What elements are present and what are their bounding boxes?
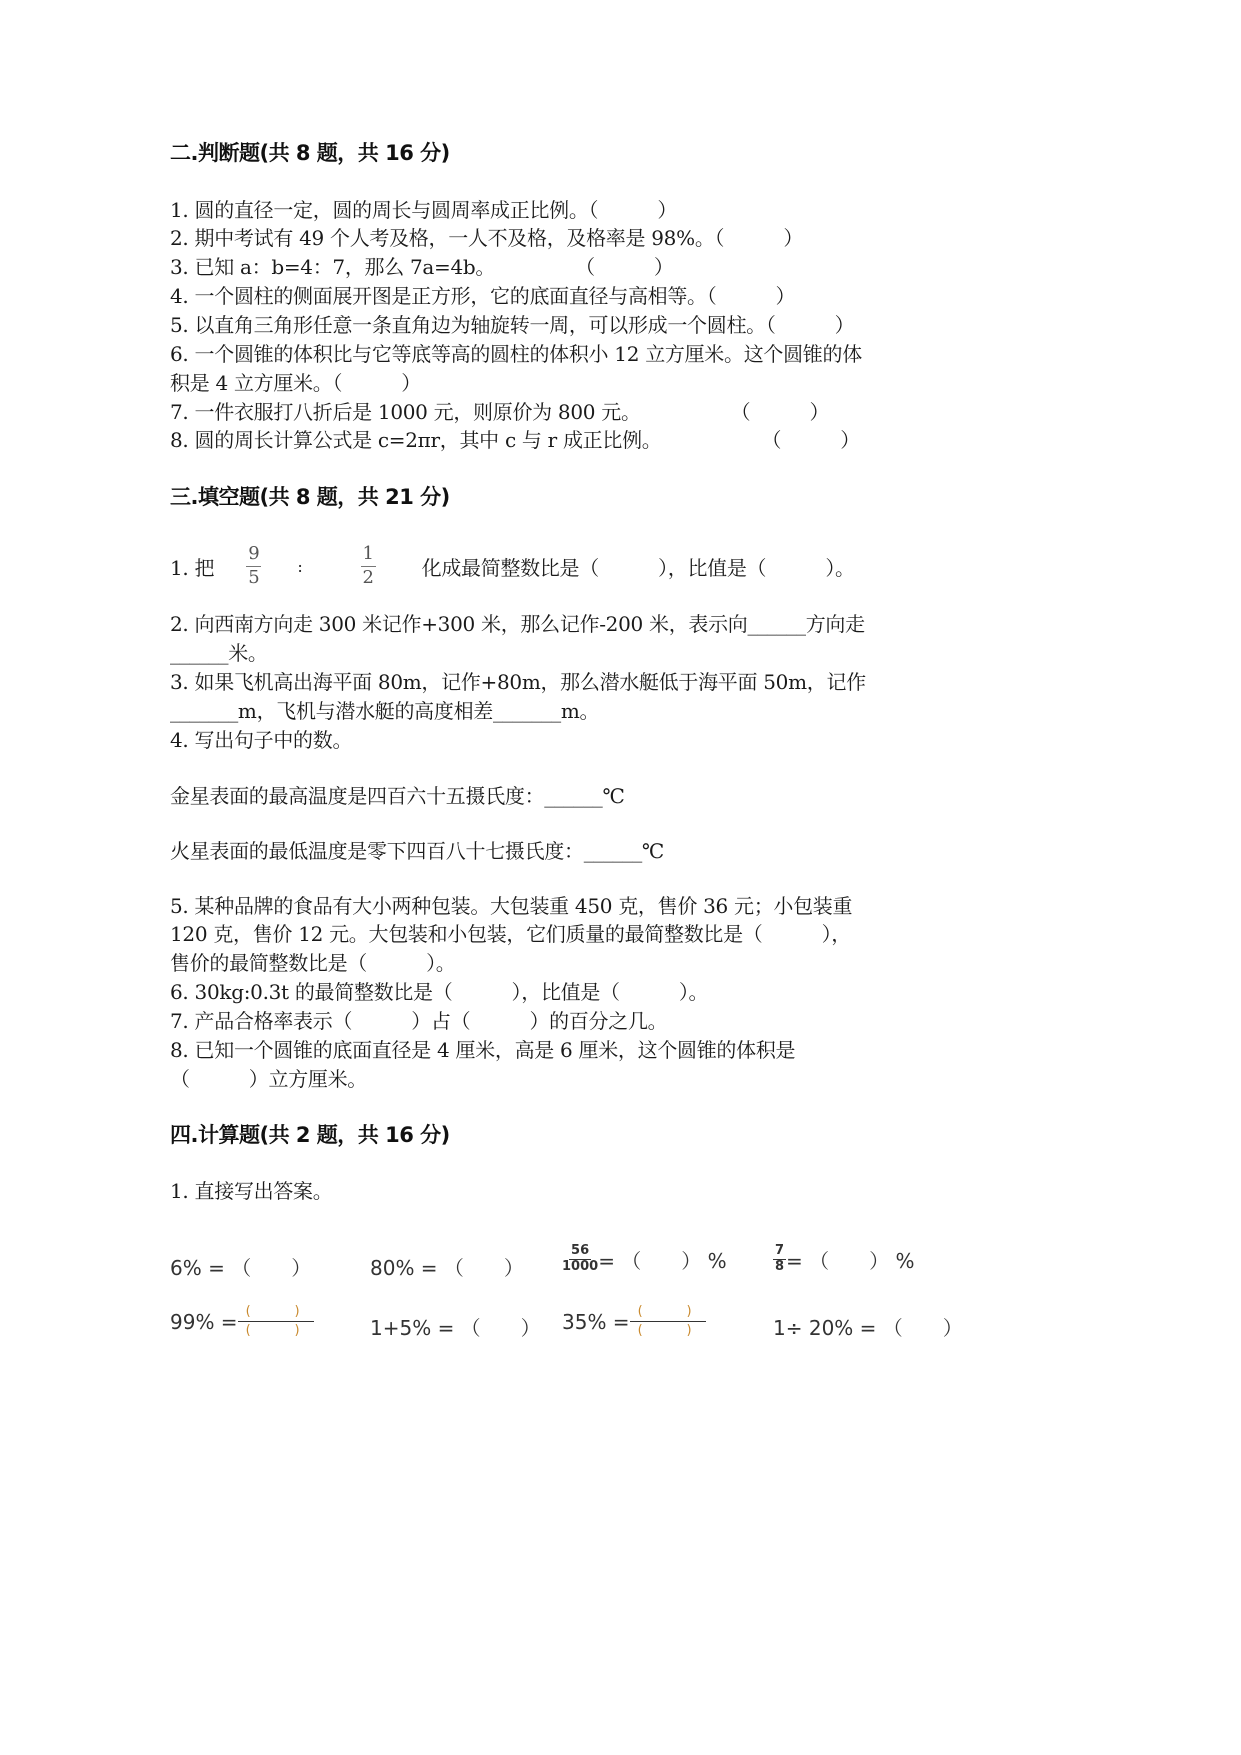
question-text: 1. 圆的直径一定，圆的周长与圆周率成正比例。 — [170, 198, 589, 222]
calc-99-percent[interactable]: 99% = () () — [170, 1305, 314, 1339]
question-2-6: 6. 一个圆锥的体积比与它等底等高的圆柱的体积小 12 立方厘米。这个圆锥的体 — [170, 338, 862, 367]
question-4-1: 1. 直接写出答案。 — [170, 1175, 332, 1204]
question-3-3-line2[interactable]: _______m，飞机与潜水艇的高度相差_______m。 — [170, 695, 599, 724]
question-2-3: 3. 已知 a：b=4：7，那么 7a=4b。（ ） — [170, 251, 674, 280]
ratio-colon: : — [297, 557, 302, 576]
question-3-4: 4. 写出句子中的数。 — [170, 724, 352, 753]
section-heading-fill-blank: 三.填空题(共 8 题，共 21 分) — [170, 481, 450, 511]
question-2-8: 8. 圆的周长计算公式是 c=2πr，其中 c 与 r 成正比例。（ ） — [170, 424, 860, 453]
fraction-56-1000: 56 1000 — [562, 1244, 598, 1275]
question-3-7[interactable]: 7. 产品合格率表示（ ）占（ ）的百分之几。 — [170, 1005, 667, 1034]
fraction-nine-fifths: 9 5 — [246, 545, 261, 588]
question-text: 5. 以直角三角形任意一条直角边为轴旋转一周，可以形成一个圆柱。 — [170, 313, 766, 337]
question-3-4-mars[interactable]: 火星表面的最低温度是零下四百八十七摄氏度：______℃ — [170, 835, 664, 864]
answer-paren[interactable]: （ ） — [766, 313, 855, 337]
section-heading-calculation: 四.计算题(共 2 题，共 16 分) — [170, 1119, 450, 1149]
question-3-5-line3[interactable]: 售价的最简整数比是（ ）。 — [170, 947, 456, 976]
answer-paren[interactable]: （ ） — [715, 226, 804, 250]
blank-fraction[interactable]: () () — [238, 1305, 314, 1339]
question-2-5: 5. 以直角三角形任意一条直角边为轴旋转一周，可以形成一个圆柱。（ ） — [170, 309, 854, 338]
question-3-2-line1[interactable]: 2. 向西南方向走 300 米记作+300 米，那么记作-200 米，表示向__… — [170, 608, 865, 637]
exam-page: 二.判断题(共 8 题，共 16 分) 1. 圆的直径一定，圆的周长与圆周率成正… — [0, 0, 1241, 1755]
calc-35-percent[interactable]: 35% = () () — [562, 1305, 706, 1339]
question-2-6-continued: 积是 4 立方厘米。（ ） — [170, 367, 421, 396]
question-2-7: 7. 一件衣服打八折后是 1000 元，则原价为 800 元。（ ） — [170, 396, 829, 425]
question-2-4: 4. 一个圆柱的侧面展开图是正方形，它的底面直径与高相等。（ ） — [170, 280, 795, 309]
question-3-2-line2[interactable]: ______米。 — [170, 637, 268, 666]
answer-paren[interactable]: （ ） — [332, 371, 421, 395]
question-3-6[interactable]: 6. 30kg:0.3t 的最简整数比是（ ），比值是（ ）。 — [170, 976, 708, 1005]
answer-paren[interactable]: （ ） — [575, 255, 674, 279]
question-3-5-line1: 5. 某种品牌的食品有大小两种包装。大包装重 450 克，售价 36 元；小包装… — [170, 890, 852, 919]
fraction-7-8: 7 8 — [773, 1244, 786, 1275]
question-3-8-line1: 8. 已知一个圆锥的底面直径是 4 厘米，高是 6 厘米，这个圆锥的体积是 — [170, 1034, 795, 1063]
calc-56-over-1000[interactable]: 56 1000 = （ ） % — [562, 1244, 727, 1275]
answer-paren[interactable]: （ ） — [589, 198, 678, 222]
question-prefix: 1. 把 — [170, 552, 214, 581]
question-3-1: 1. 把 9 5 : 1 2 化成最简整数比是（ ），比值是（ ）。 — [170, 545, 855, 588]
question-suffix[interactable]: 化成最简整数比是（ ），比值是（ ）。 — [422, 552, 855, 581]
calc-1-plus-5-percent[interactable]: 1+5% = （ ） — [370, 1312, 541, 1341]
question-3-8-line2[interactable]: （ ）立方厘米。 — [170, 1063, 367, 1092]
answer-paren[interactable]: （ ） — [731, 400, 830, 424]
question-2-1: 1. 圆的直径一定，圆的周长与圆周率成正比例。（ ） — [170, 194, 677, 223]
question-3-5-line2[interactable]: 120 克，售价 12 元。大包装和小包装，它们质量的最简整数比是（ ）， — [170, 918, 851, 947]
question-text: 8. 圆的周长计算公式是 c=2πr，其中 c 与 r 成正比例。 — [170, 428, 661, 452]
blank-fraction[interactable]: () () — [630, 1305, 706, 1339]
answer-paren[interactable]: （ ） — [707, 284, 796, 308]
question-text: 7. 一件衣服打八折后是 1000 元，则原价为 800 元。 — [170, 400, 641, 424]
calc-7-over-8[interactable]: 7 8 = （ ） % — [773, 1244, 915, 1275]
question-text: 积是 4 立方厘米。 — [170, 371, 332, 395]
answer-paren[interactable]: （ ） — [761, 428, 860, 452]
calc-1-divided-by-20-percent[interactable]: 1÷ 20% = （ ） — [773, 1312, 963, 1341]
calc-80-percent[interactable]: 80% = （ ） — [370, 1252, 524, 1281]
calc-6-percent[interactable]: 6% = （ ） — [170, 1252, 311, 1281]
question-3-3-line1: 3. 如果飞机高出海平面 80m，记作+80m，那么潜水艇低于海平面 50m，记… — [170, 666, 866, 695]
question-text: 2. 期中考试有 49 个人考及格，一人不及格，及格率是 98%。 — [170, 226, 715, 250]
question-text: 4. 一个圆柱的侧面展开图是正方形，它的底面直径与高相等。 — [170, 284, 707, 308]
question-text: 3. 已知 a：b=4：7，那么 7a=4b。 — [170, 255, 495, 279]
fraction-one-half: 1 2 — [361, 545, 376, 588]
section-heading-judgement: 二.判断题(共 8 题，共 16 分) — [170, 137, 450, 167]
question-2-2: 2. 期中考试有 49 个人考及格，一人不及格，及格率是 98%。（ ） — [170, 222, 803, 251]
question-text: 6. 一个圆锥的体积比与它等底等高的圆柱的体积小 12 立方厘米。这个圆锥的体 — [170, 342, 862, 366]
question-3-4-venus[interactable]: 金星表面的最高温度是四百六十五摄氏度：______℃ — [170, 780, 625, 809]
